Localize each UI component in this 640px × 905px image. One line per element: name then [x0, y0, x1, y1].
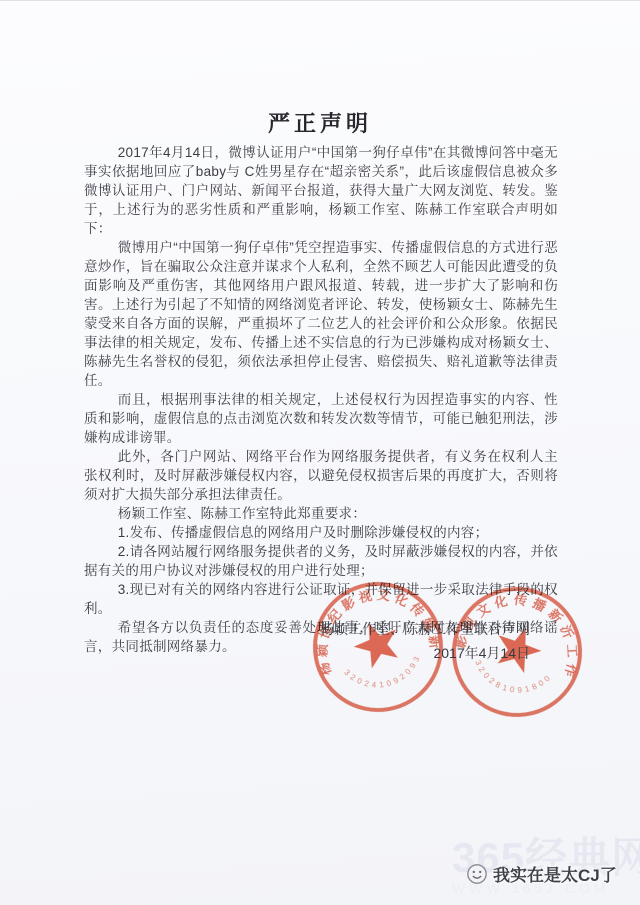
- comment-caption: 我实在是太CJ了: [466, 861, 617, 886]
- signature-line: 杨颖工作室、陈赫工作室联合声明: [320, 617, 530, 641]
- signature-date: 2017年4月14日: [320, 641, 530, 665]
- statement-document-page: 严正声明 2017年4月14日，微博认证用户“中国第一狗仔卓伟”在其微博问答中毫…: [0, 0, 640, 905]
- laughing-face-emoji-icon: [466, 863, 488, 885]
- signature-block: 杨颖工作室、陈赫工作室联合声明 2017年4月14日: [320, 617, 530, 665]
- statement-demands-intro: 杨颖工作室、陈赫工作室特此郑重要求：: [84, 504, 558, 523]
- statement-paragraph-1: 2017年4月14日，微博认证用户“中国第一狗仔卓伟”在其微博问答中毫无事实依据…: [84, 143, 558, 238]
- caption-text: 我实在是太CJ了: [493, 861, 617, 886]
- page-title: 严正声明: [0, 107, 640, 138]
- statement-demand-item-1: 1.发布、传播虚假信息的网络用户及时删除涉嫌侵权的内容；: [84, 523, 558, 542]
- statement-paragraph-2: 微博用户“中国第一狗仔卓伟”凭空捏造事实、传播虚假信息的方式进行恶意炒作，旨在骗…: [84, 238, 558, 390]
- statement-paragraph-3: 而且，根据刑事法律的相关规定，上述侵权行为因捏造事实的内容、性质和影响，虚假信息…: [84, 390, 558, 447]
- statement-paragraph-4: 此外，各门户网站、网络平台作为网络服务提供者，有义务在权利人主张权利时，及时屏蔽…: [84, 447, 558, 504]
